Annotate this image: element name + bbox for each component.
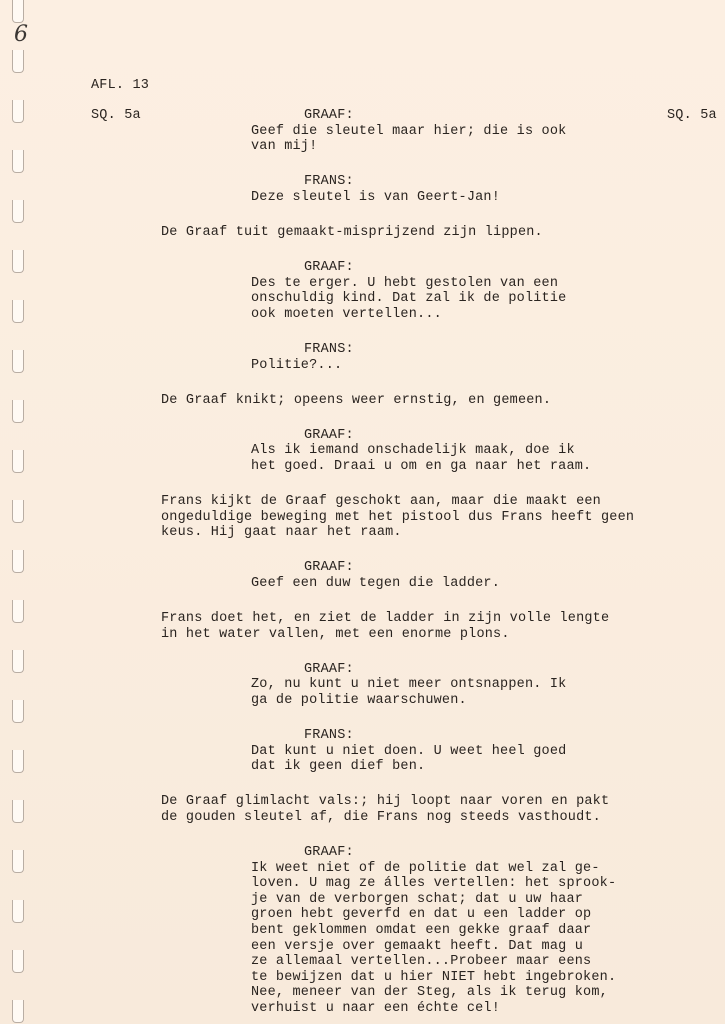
dialog-line: dat ik geen dief ben.	[251, 759, 566, 775]
binder-hole	[12, 50, 24, 73]
page-number: 6	[14, 22, 28, 47]
action-line: De Graaf knikt; opeens weer ernstig, en …	[161, 393, 551, 409]
dialog-line: ook moeten vertellen...	[251, 307, 566, 323]
dialog-line: bent geklommen omdat een gekke graaf daa…	[251, 923, 616, 939]
dialog-block: Geef een duw tegen die ladder.	[251, 576, 500, 592]
speaker-cue: FRANS:	[304, 728, 354, 744]
dialog-block: Dat kunt u niet doen. U weet heel goedda…	[251, 744, 566, 775]
episode-label: AFL. 13	[91, 78, 149, 94]
dialog-line: verhuist u naar een échte cel!	[251, 1001, 616, 1017]
scene-label-left: SQ. 5a	[91, 108, 141, 124]
dialog-line: Politie?...	[251, 358, 342, 374]
dialog-block: Zo, nu kunt u niet meer ontsnappen. Ikga…	[251, 677, 566, 708]
binder-hole	[12, 750, 24, 773]
dialog-block: Des te erger. U hebt gestolen van eenons…	[251, 276, 566, 323]
action-block: De Graaf glimlacht vals:; hij loopt naar…	[161, 794, 609, 825]
speaker-cue: GRAAF:	[304, 560, 354, 576]
dialog-block: Geef die sleutel maar hier; die is ookva…	[251, 124, 566, 155]
dialog-line: Des te erger. U hebt gestolen van een	[251, 276, 566, 292]
action-block: De Graaf knikt; opeens weer ernstig, en …	[161, 393, 551, 409]
binder-hole	[12, 400, 24, 423]
binder-hole	[12, 450, 24, 473]
dialog-line: van mij!	[251, 139, 566, 155]
binder-hole	[12, 600, 24, 623]
dialog-line: loven. U mag ze álles vertellen: het spr…	[251, 876, 616, 892]
action-block: Frans doet het, en ziet de ladder in zij…	[161, 611, 609, 642]
dialog-line: het goed. Draai u om en ga naar het raam…	[251, 459, 591, 475]
action-block: Frans kijkt de Graaf geschokt aan, maar …	[161, 494, 634, 541]
speaker-cue: GRAAF:	[304, 108, 354, 124]
dialog-line: Dat kunt u niet doen. U weet heel goed	[251, 744, 566, 760]
dialog-line: Ik weet niet of de politie dat wel zal g…	[251, 861, 616, 877]
speaker-cue: GRAAF:	[304, 428, 354, 444]
action-line: in het water vallen, met een enorme plon…	[161, 627, 609, 643]
action-line: keus. Hij gaat naar het raam.	[161, 525, 634, 541]
dialog-line: Deze sleutel is van Geert-Jan!	[251, 190, 500, 206]
dialog-block: Als ik iemand onschadelijk maak, doe ikh…	[251, 443, 591, 474]
binder-hole	[12, 550, 24, 573]
speaker-cue: GRAAF:	[304, 662, 354, 678]
action-line: de gouden sleutel af, die Frans nog stee…	[161, 810, 609, 826]
dialog-line: je van de verborgen schat; dat u uw haar	[251, 892, 616, 908]
binder-holes	[8, 0, 28, 1024]
dialog-line: onschuldig kind. Dat zal ik de politie	[251, 291, 566, 307]
binder-hole	[12, 900, 24, 923]
binder-hole	[12, 850, 24, 873]
typewritten-script-page: 6 AFL. 13 SQ. 5a SQ. 5a GRAAF:Geef die s…	[0, 0, 725, 1024]
speaker-cue: GRAAF:	[304, 260, 354, 276]
dialog-line: te bewijzen dat u hier NIET hebt ingebro…	[251, 970, 616, 986]
dialog-line: Als ik iemand onschadelijk maak, doe ik	[251, 443, 591, 459]
binder-hole	[12, 100, 24, 123]
dialog-line: ze allemaal vertellen...Probeer maar een…	[251, 954, 616, 970]
binder-hole	[12, 650, 24, 673]
action-line: De Graaf tuit gemaakt-misprijzend zijn l…	[161, 225, 543, 241]
dialog-block: Deze sleutel is van Geert-Jan!	[251, 190, 500, 206]
dialog-block: Politie?...	[251, 358, 342, 374]
action-line: Frans doet het, en ziet de ladder in zij…	[161, 611, 609, 627]
binder-hole	[12, 800, 24, 823]
action-line: Frans kijkt de Graaf geschokt aan, maar …	[161, 494, 634, 510]
binder-hole	[12, 0, 24, 23]
dialog-line: Zo, nu kunt u niet meer ontsnappen. Ik	[251, 677, 566, 693]
binder-hole	[12, 200, 24, 223]
dialog-line: ga de politie waarschuwen.	[251, 693, 566, 709]
scene-label-right: SQ. 5a	[667, 108, 717, 124]
binder-hole	[12, 250, 24, 273]
binder-hole	[12, 700, 24, 723]
dialog-line: Geef die sleutel maar hier; die is ook	[251, 124, 566, 140]
speaker-cue: FRANS:	[304, 342, 354, 358]
dialog-block: Ik weet niet of de politie dat wel zal g…	[251, 861, 616, 1017]
action-block: De Graaf tuit gemaakt-misprijzend zijn l…	[161, 225, 543, 241]
dialog-line: een versje over gemaakt heeft. Dat mag u	[251, 939, 616, 955]
binder-hole	[12, 150, 24, 173]
dialog-line: groen hebt geverfd en dat u een ladder o…	[251, 907, 616, 923]
binder-hole	[12, 300, 24, 323]
action-line: ongeduldige beweging met het pistool dus…	[161, 510, 634, 526]
speaker-cue: GRAAF:	[304, 845, 354, 861]
binder-hole	[12, 350, 24, 373]
dialog-line: Geef een duw tegen die ladder.	[251, 576, 500, 592]
dialog-line: Nee, meneer van der Steg, als ik terug k…	[251, 985, 616, 1001]
action-line: De Graaf glimlacht vals:; hij loopt naar…	[161, 794, 609, 810]
binder-hole	[12, 950, 24, 973]
speaker-cue: FRANS:	[304, 174, 354, 190]
binder-hole	[12, 1000, 24, 1023]
binder-hole	[12, 500, 24, 523]
